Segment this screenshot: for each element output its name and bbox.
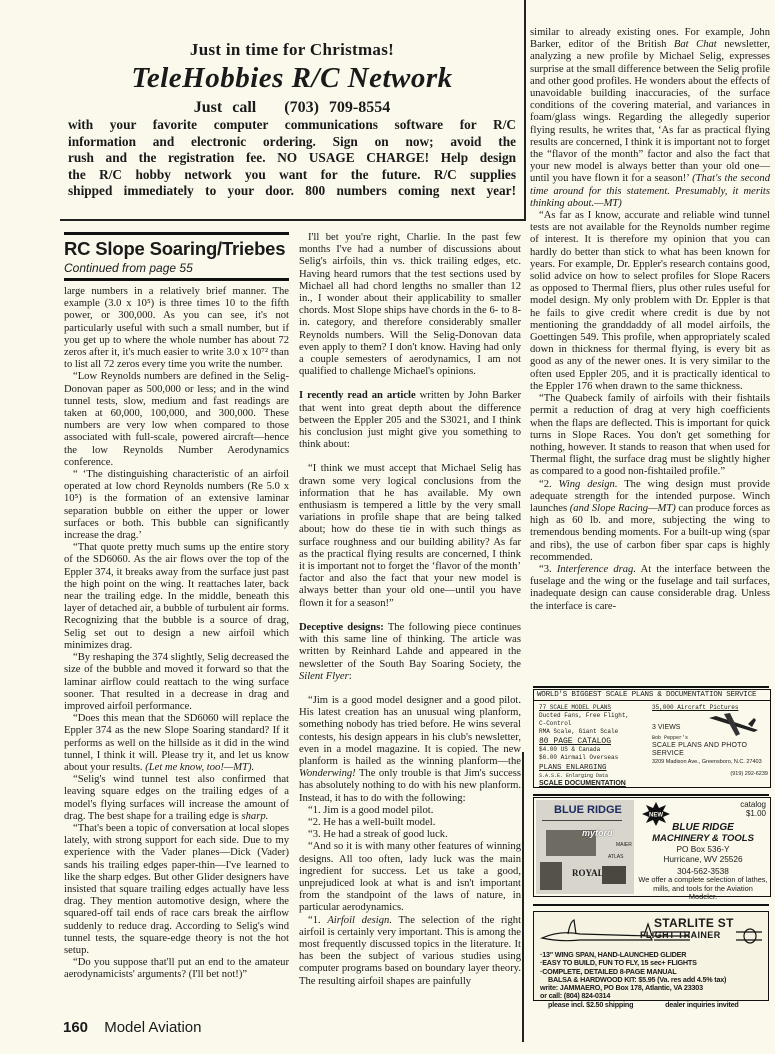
ad-divider: [533, 794, 769, 796]
scale-ad-line: 35,000 Aircraft Pictures: [652, 704, 768, 712]
shipping-note: please incl. $2.50 shipping: [548, 1000, 633, 1009]
list-item: “1. Jim is a good model pilot.: [299, 805, 521, 817]
list-number: “2.: [539, 479, 559, 490]
scale-ad-line: Ducted Fans, Free Flight, C-Control: [539, 712, 639, 728]
paragraph: “1. Airfoil design. The selection of the…: [299, 915, 521, 988]
continued-from: Continued from page 55: [64, 261, 289, 275]
new-badge-text: NEW: [649, 813, 663, 819]
paragraph: “3. Interference drag. At the interface …: [530, 564, 770, 613]
italic-word: Wonderwing!: [299, 768, 356, 779]
scale-ad-line: SCALE DOCUMENTATION: [539, 780, 639, 788]
company-name: MACHINERY & TOOLS: [638, 833, 768, 844]
starlite-ad: STARLITE ST FLIGHT TRAINER ·13" WING SPA…: [533, 911, 769, 1001]
machinery-photo: BLUE RIDGE myford ATLAS ROYAL MAIER: [536, 800, 634, 894]
paragraph: Deceptive designs: The following piece c…: [299, 622, 521, 683]
scale-ad-phone: (919) 292-6239: [652, 770, 768, 778]
page-number: 160: [63, 1019, 88, 1036]
paragraph: “The Quabeck family of airfoils with the…: [530, 393, 770, 478]
address-line: Hurricane, WV 25526: [638, 854, 768, 864]
photo-brand: myford: [582, 828, 613, 838]
tagline: We offer a complete selection of lathes,…: [638, 876, 768, 902]
scale-ad-address: 3209 Madison Ave., Greensboro, N.C. 2740…: [652, 758, 768, 766]
ad-call-label: Just call: [194, 99, 256, 116]
scale-plans-ad: WORLD'S BIGGEST SCALE PLANS & DOCUMENTAT…: [533, 689, 771, 788]
catalog-price: $1.00: [740, 809, 766, 818]
run-in-head: I recently read an article: [299, 390, 416, 401]
subhead-italic: Airfoil design.: [327, 915, 392, 926]
catalog-label: catalog: [740, 800, 766, 809]
paragraph: “ ‘The distinguishing characteristic of …: [64, 469, 289, 542]
scale-ad-line: PLANS ENLARGING: [539, 764, 639, 772]
scale-ad-header: WORLD'S BIGGEST SCALE PLANS & DOCUMENTAT…: [534, 690, 770, 701]
paragraph: “As far as I know, accurate and reliable…: [530, 210, 770, 393]
paragraph: “And so it is with many other features o…: [299, 841, 521, 914]
block-quote: “I think we must accept that Michael Sel…: [299, 463, 521, 609]
editor-aside: (Let me know, too!—MT).: [145, 762, 254, 773]
paragraph: “That quote pretty much sums up the enti…: [64, 542, 289, 652]
list-number: “1.: [308, 915, 327, 926]
paragraph: “Does this mean that the SD6060 will rep…: [64, 713, 289, 774]
scale-ad-left: 77 SCALE MODEL PLANS Ducted Fans, Free F…: [539, 704, 639, 788]
ad-body: with your favorite computer communicatio…: [68, 117, 516, 200]
ad-border-right: [524, 0, 526, 219]
paragraph-text: “Jim is a good model designer and a good…: [299, 695, 521, 767]
subhead-italic: Wing design.: [559, 479, 618, 490]
ad-kicker: Just in time for Christmas!: [68, 40, 516, 60]
scale-ad-line: S.A.S.E. Enlarging Data: [539, 772, 639, 780]
mill-image: [540, 862, 562, 890]
ad-body-line: with your favorite computer communicatio…: [68, 117, 516, 134]
company-name: BLUE RIDGE: [638, 822, 768, 833]
ad-call-line: Just call (703) 709-8554: [68, 99, 516, 117]
ad-body-line: rush and the registration fee. NO USAGE …: [68, 150, 516, 167]
paragraph: “Do you suppose that'll put an end to th…: [64, 957, 289, 981]
section-title: RC Slope Soaring/Triebes: [64, 238, 289, 260]
ad-border-bottom: [60, 219, 526, 221]
address-line: PO Box 536-Y: [638, 844, 768, 854]
product-title: STARLITE ST: [654, 916, 734, 930]
ad-body-line: shipped immediately to your door. 800 nu…: [68, 183, 516, 200]
photo-brand: MAIER: [616, 842, 632, 848]
product-subtitle: FLIGHT TRAINER: [640, 930, 721, 940]
ad-divider: [533, 686, 769, 688]
scale-ad-catalog: 80 PAGE CATALOG: [539, 738, 639, 746]
scale-ad-line: RMA Scale, Giant Scale: [539, 728, 639, 736]
italic-word: sharp.: [242, 811, 269, 822]
publication-name: Silent Flyer: [299, 671, 349, 682]
paragraph: “By reshaping the 374 slightly, Selig de…: [64, 652, 289, 713]
photo-rule: [542, 820, 622, 821]
heading-rule: [64, 278, 289, 281]
scale-ad-company: SCALE PLANS AND PHOTO SERVICE: [652, 742, 768, 758]
paragraph: similar to already existing ones. For ex…: [530, 27, 770, 210]
blue-ridge-ad: BLUE RIDGE myford ATLAS ROYAL MAIER NEW …: [533, 797, 771, 897]
page-footer: 160 Model Aviation: [63, 1019, 202, 1036]
blue-ridge-info: BLUE RIDGE MACHINERY & TOOLS PO Box 536-…: [638, 822, 768, 902]
paragraph: “Jim is a good model designer and a good…: [299, 695, 521, 805]
publication-name: Bat Chat: [674, 39, 717, 50]
dealer-note: dealer inquiries invited: [665, 1000, 739, 1009]
paragraph: I recently read an article written by Jo…: [299, 390, 521, 451]
scale-ad-right: 35,000 Aircraft Pictures 3 VIEWS Bob Pep…: [652, 704, 768, 778]
paragraph: I'll bet you're right, Charlie. In the p…: [299, 232, 521, 378]
paragraph-text: newsletter, analyzing a new profile by M…: [530, 39, 770, 184]
paragraph: “That's been a topic of conversation at …: [64, 823, 289, 957]
article-column-1: large numbers in a relatively brief mann…: [64, 286, 289, 982]
scale-ad-line: $6.00 Airmail Overseas: [539, 754, 639, 762]
airplane-drawing-icon: [704, 712, 764, 738]
list-number: “3.: [539, 564, 557, 575]
ad-title: TeleHobbies R/C Network: [68, 62, 516, 95]
paragraph: large numbers in a relatively brief mann…: [64, 286, 289, 371]
paragraph: “Selig's wind tunnel test also confirmed…: [64, 774, 289, 823]
subhead-italic: Interference drag.: [557, 564, 636, 575]
telehobbies-ad: Just in time for Christmas! TeleHobbies …: [68, 40, 516, 200]
paragraph: “Low Reynolds numbers are defined in the…: [64, 371, 289, 469]
article-column-3: similar to already existing ones. For ex…: [530, 27, 770, 613]
photo-brand: ROYAL: [572, 868, 604, 878]
catalog-offer: catalog $1.00: [740, 800, 766, 818]
section-heading: RC Slope Soaring/Triebes Continued from …: [64, 232, 289, 281]
article-column-2: I'll bet you're right, Charlie. In the p…: [299, 232, 521, 988]
punctuation: :: [349, 671, 352, 682]
list-item: “2. He has a well-built model.: [299, 817, 521, 829]
run-in-head: Deceptive designs:: [299, 622, 384, 633]
ad-phone: (703) 709-8554: [284, 99, 390, 116]
ad-divider: [533, 904, 769, 906]
editor-aside: (and Slope Racing—MT): [570, 503, 676, 514]
paragraph: “2. Wing design. The wing design must pr…: [530, 479, 770, 564]
column-rule: [522, 752, 524, 1042]
list-item: “3. He had a streak of good luck.: [299, 829, 521, 841]
ad-body-line: the R/C hobby network you want for the f…: [68, 167, 516, 184]
ad-body-line: information and electronic ordering. Sig…: [68, 134, 516, 151]
magazine-name: Model Aviation: [104, 1019, 201, 1036]
photo-brand: ATLAS: [608, 854, 623, 860]
scale-ad-line: $4.00 US & Canada: [539, 746, 639, 754]
feature-list: ·13" WING SPAN, HAND-LAUNCHED GLIDER ·EA…: [540, 951, 739, 1009]
tool-image: [602, 866, 626, 884]
scale-ad-line: 77 SCALE MODEL PLANS: [539, 704, 639, 712]
photo-title: BLUE RIDGE: [554, 804, 622, 816]
heading-rule: [64, 232, 289, 235]
